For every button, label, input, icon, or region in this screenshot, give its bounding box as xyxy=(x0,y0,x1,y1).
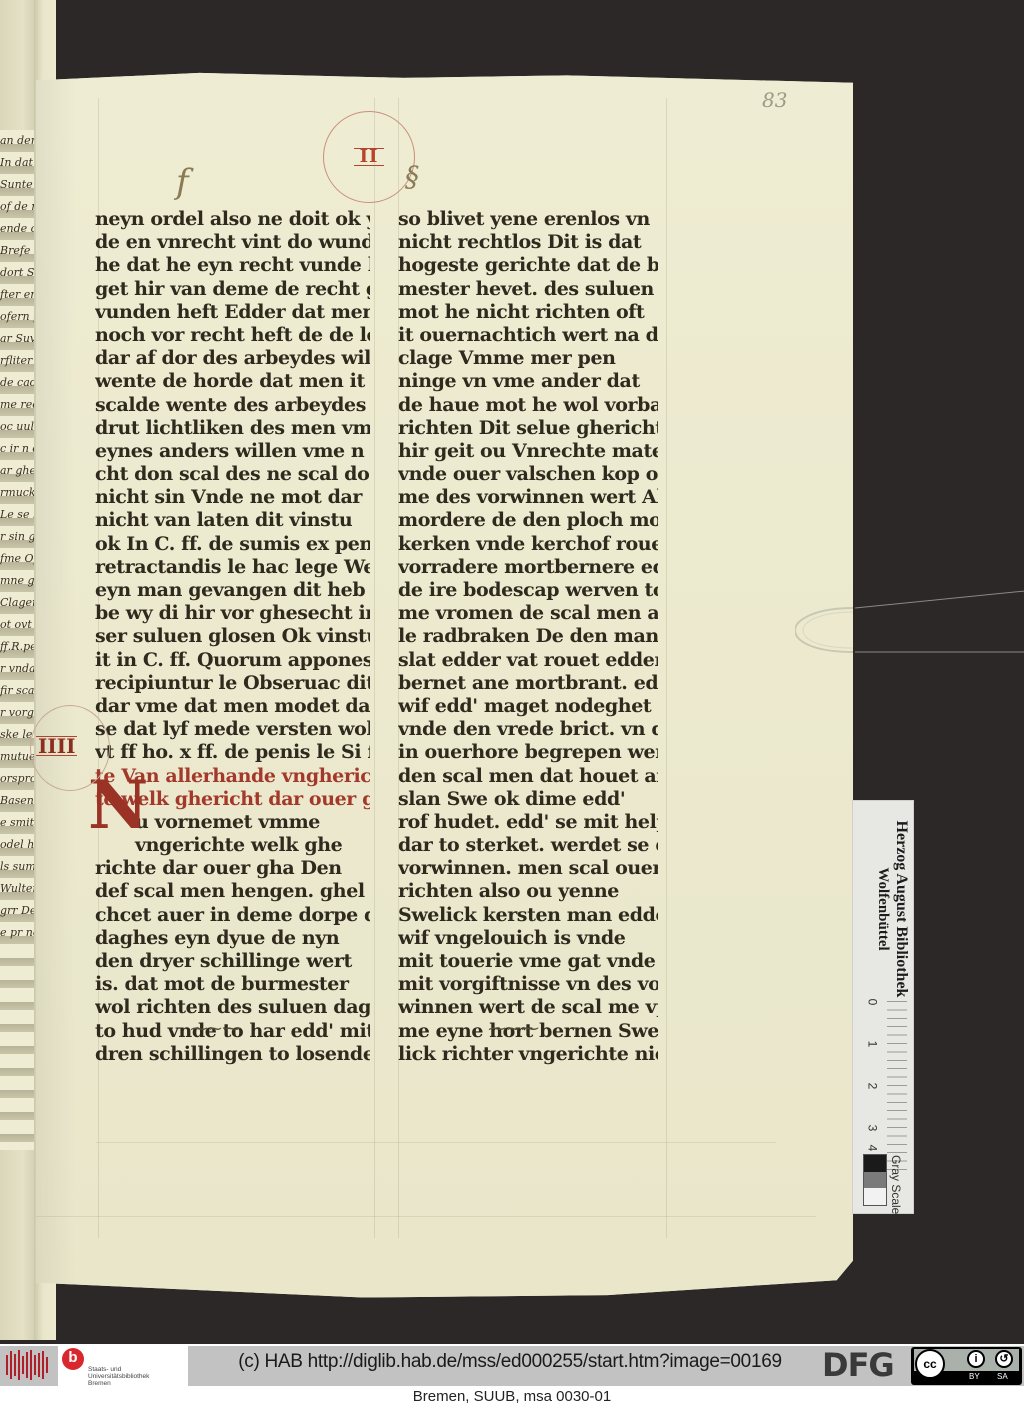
scale-label: 1 xyxy=(865,1041,879,1048)
library-name-line1: Staats- und xyxy=(88,1366,149,1373)
verso-text-fragments: an den niIn dat fiSunte Gof de risende o… xyxy=(0,130,34,944)
verso-line: e pr ne xyxy=(0,922,34,944)
manuscript-line: bernet ane mortbrant. edd' xyxy=(398,672,658,695)
verso-line: ofern gh xyxy=(0,306,34,328)
color-reference-ruler: Herzog August Bibliothek Wolfenbüttel 0 … xyxy=(852,800,914,1214)
grayscale-label: Gray Scale xyxy=(889,1155,903,1214)
attribution-by-icon: i xyxy=(967,1350,985,1368)
verso-line: Brefe Svn xyxy=(0,240,34,262)
manuscript-line: ok In C. ff. de sumis ex pendis xyxy=(95,533,370,556)
decorated-initial: N xyxy=(88,775,148,835)
scale-label: 0 xyxy=(865,999,879,1006)
manuscript-line: be wy di hir vor ghesecht in dus xyxy=(95,602,370,625)
manuscript-line: eyn man gevangen dit heb xyxy=(95,579,370,602)
verso-line: odel ha xyxy=(0,834,34,856)
manuscript-line: vnde den vrede brict. vn de xyxy=(398,718,658,741)
dfg-logo[interactable]: DFG xyxy=(822,1349,894,1381)
manuscript-line: is. dat mot de burmester xyxy=(95,973,370,996)
ruler-ticks xyxy=(887,1001,907,1171)
manuscript-line: recipiuntur le Obseruac dit is xyxy=(95,672,370,695)
manuscript-line: scalde wente des arbeydes vor xyxy=(95,394,370,417)
ruler-institution-line2: Wolfenbüttel xyxy=(873,809,892,1009)
chapter-number: II xyxy=(354,148,385,166)
manuscript-line: wente de horde dat men it xyxy=(95,370,370,393)
scale-label: 2 xyxy=(865,1083,879,1090)
manuscript-line: it in C. ff. Quorum appones no xyxy=(95,649,370,672)
share-alike-icon: ↺ xyxy=(995,1350,1013,1368)
manuscript-image-viewer: an den niIn dat fiSunte Gof de risende o… xyxy=(0,0,1024,1344)
ruling-line xyxy=(374,98,375,1238)
verso-line: ske le of xyxy=(0,724,34,746)
manuscript-line: so blivet yene erenlos vn xyxy=(398,208,658,231)
manuscript-line: dar vme dat men modet dat xyxy=(95,695,370,718)
verso-line: of de ris xyxy=(0,196,34,218)
manuscript-line: hogeste gerichte dat de bur xyxy=(398,254,658,277)
manuscript-line: nicht rechtlos Dit is dat xyxy=(398,231,658,254)
verso-line: an den ni xyxy=(0,130,34,152)
manuscript-line: vunden heft Edder dat men it xyxy=(95,301,370,324)
manuscript-line: ser suluen glosen Ok vinstu xyxy=(95,625,370,648)
manuscript-line: mordere de den ploch molen xyxy=(398,509,658,532)
cc-license-badge[interactable]: cc i ↺ BY SA xyxy=(911,1347,1022,1385)
facing-verso-page: an den niIn dat fiSunte Gof de risende o… xyxy=(0,0,38,1340)
ruling-line xyxy=(36,1216,816,1217)
manuscript-line: neyn ordel also ne doit ok yene xyxy=(95,208,370,231)
signature-mark-right: § xyxy=(405,160,419,193)
scale-label: 4 xyxy=(865,1145,879,1152)
verso-line: de cadn xyxy=(0,372,34,394)
verso-line: c ir n dirde xyxy=(0,438,34,460)
verso-line: me rechte xyxy=(0,394,34,416)
verso-line: ende ofd xyxy=(0,218,34,240)
manuscript-line: dar af dor des arbeydes wille xyxy=(95,347,370,370)
manuscript-line: nicht van laten dit vinstu xyxy=(95,509,370,532)
swatch-white xyxy=(864,1188,886,1205)
manuscript-line: wif vngelouich is vnde xyxy=(398,927,658,950)
license-sa-label: SA xyxy=(997,1372,1008,1381)
manuscript-line: le radbraken De den man xyxy=(398,625,658,648)
manuscript-line: hir geit ou Vnrechte mate xyxy=(398,440,658,463)
flourish-left: ⁓~⁓ xyxy=(190,1018,241,1039)
manuscript-line: eynes anders willen vme n xyxy=(95,440,370,463)
copyright-link[interactable]: (c) HAB http://diglib.hab.de/mss/ed00025… xyxy=(190,1351,830,1373)
swatch-black xyxy=(864,1155,886,1172)
manuscript-line: vnde ouer valschen kop of xyxy=(398,463,658,486)
page-clip-icon xyxy=(795,590,1024,670)
manuscript-line: nicht sin Vnde ne mot dar xyxy=(95,486,370,509)
manuscript-line: rof hudet. edd' se mit helpe xyxy=(398,811,658,834)
manuscript-line: get hir van deme de recht ghe xyxy=(95,278,370,301)
flourish-right: ⁓~⁓ xyxy=(488,1018,539,1039)
verso-line: Wulter v xyxy=(0,878,34,900)
library-name-line2: Universitätsbibliothek xyxy=(88,1373,149,1380)
manuscript-line: vt ff ho. x ff. de penis le Si for xyxy=(95,741,370,764)
manuscript-line: cht don scal des ne scal doch xyxy=(95,463,370,486)
manuscript-line: de haue mot he wol vorbat xyxy=(398,394,658,417)
verso-line: r vorgeld xyxy=(0,702,34,724)
manuscript-line: winnen wert de scal me vp xyxy=(398,996,658,1019)
manuscript-line: me vromen de scal men al xyxy=(398,602,658,625)
manuscript-line: chcet auer in deme dorpe des xyxy=(95,904,370,927)
manuscript-line: clage Vmme mer pen xyxy=(398,347,658,370)
ruler-institution-line1: Herzog August Bibliothek xyxy=(892,809,911,1009)
suub-barcode-logo-icon xyxy=(6,1350,48,1380)
verso-line: Sunte G xyxy=(0,174,34,196)
manuscript-line: vorwinnen. men scal ouer se xyxy=(398,857,658,880)
ruling-line xyxy=(96,1142,776,1143)
manuscript-line: de ire bodescap werven to ore xyxy=(398,579,658,602)
verso-line: fme Ofo xyxy=(0,548,34,570)
manuscript-line: mit vorgiftnisse vn des vor xyxy=(398,973,658,996)
verso-line: rmuck zy xyxy=(0,482,34,504)
manuscript-line: richten Dit selue ghericht xyxy=(398,417,658,440)
manuscript-line: mit touerie vme gat vnde xyxy=(398,950,658,973)
verso-line: r vndat xyxy=(0,658,34,680)
verso-line: Clager S xyxy=(0,592,34,614)
manuscript-line: dar to sterket. werdet se des xyxy=(398,834,658,857)
verso-line: mutue Oo xyxy=(0,746,34,768)
manuscript-line: slan Swe ok dime edd' xyxy=(398,788,658,811)
manuscript-line: Swelick kersten man edder xyxy=(398,904,658,927)
signature-mark-left: f xyxy=(176,162,189,202)
manuscript-line: se dat lyf mede versten wolden xyxy=(95,718,370,741)
manuscript-line: daghes eyn dyue de nyn xyxy=(95,927,370,950)
manuscript-line: mester hevet. des suluen ne xyxy=(398,278,658,301)
manuscript-line: de en vnrecht vint do wunde xyxy=(95,231,370,254)
library-name-line3: Bremen xyxy=(88,1380,149,1387)
manuscript-line: mot he nicht richten oft xyxy=(398,301,658,324)
verso-line: grr Det xyxy=(0,900,34,922)
verso-line: dort Svn xyxy=(0,262,34,284)
verso-line: fir scal xyxy=(0,680,34,702)
cc-icon: cc xyxy=(915,1349,945,1379)
text-column-left: neyn ordel also ne doit ok yenede en vnr… xyxy=(95,208,370,1066)
manuscript-line: it ouernachtich wert na der xyxy=(398,324,658,347)
verso-line: rfliter s xyxy=(0,350,34,372)
chapter-marker: II xyxy=(323,111,415,203)
suub-b-logo-icon: b xyxy=(62,1348,84,1370)
manuscript-line: richte dar ouer gha Den xyxy=(95,857,370,880)
manuscript-line: kerken vnde kerchof rouet xyxy=(398,533,658,556)
manuscript-line: richten also ou yenne xyxy=(398,880,658,903)
verso-line: ls sum xyxy=(0,856,34,878)
margin-chapter-number: IIII xyxy=(36,736,77,756)
verso-line: oc uul Se xyxy=(0,416,34,438)
verso-line: Basen hr xyxy=(0,790,34,812)
manuscript-line: dren schillingen to losende xyxy=(95,1043,370,1066)
shelfmark: Bremen, SUUB, msa 0030-01 xyxy=(0,1388,1024,1405)
grayscale-swatches xyxy=(863,1154,887,1206)
manuscript-line: ninge vn vme ander dat xyxy=(398,370,658,393)
swatch-gray xyxy=(864,1172,886,1189)
manuscript-line: drut lichtliken des men vmme xyxy=(95,417,370,440)
verso-line: Le se ho xyxy=(0,504,34,526)
manuscript-line: den dryer schillinge wert xyxy=(95,950,370,973)
library-name: Staats- und Universitätsbibliothek Breme… xyxy=(88,1366,149,1387)
verso-line: ar ghenc xyxy=(0,460,34,482)
verso-line: orsprcn xyxy=(0,768,34,790)
verso-line: mne glde xyxy=(0,570,34,592)
text-column-right: so blivet yene erenlos vnnicht rechtlos … xyxy=(398,208,658,1066)
manuscript-line: den scal men dat houet af xyxy=(398,765,658,788)
folio-number: 83 xyxy=(762,88,787,112)
verso-line: e smitt d xyxy=(0,812,34,834)
license-by-label: BY xyxy=(969,1372,980,1381)
ruling-line xyxy=(666,98,667,1238)
scale-label: 3 xyxy=(865,1125,879,1132)
manuscript-line: def scal men hengen. ghel xyxy=(95,880,370,903)
manuscript-line: noch vor recht heft de de let xyxy=(95,324,370,347)
verso-line: fter en w xyxy=(0,284,34,306)
manuscript-line: wif edd' maget nodeghet xyxy=(398,695,658,718)
manuscript-line: me des vorwinnen wert Also xyxy=(398,486,658,509)
verso-line: ff.R.pen xyxy=(0,636,34,658)
verso-line: ot ovt n xyxy=(0,614,34,636)
manuscript-line: slat edder vat rouet edder xyxy=(398,649,658,672)
verso-line: r sin ghe xyxy=(0,526,34,548)
manuscript-line: in ouerhore begrepen wert xyxy=(398,741,658,764)
manuscript-line: vorradere mortbernere edder xyxy=(398,556,658,579)
verso-line: In dat fi xyxy=(0,152,34,174)
manuscript-line: wol richten des suluen dages xyxy=(95,996,370,1019)
manuscript-line: he dat he eyn recht vunde he se xyxy=(95,254,370,277)
manuscript-line: lick richter vngerichte nicht xyxy=(398,1043,658,1066)
verso-line: ar Suver xyxy=(0,328,34,350)
manuscript-line: retractandis le hac lege Wert xyxy=(95,556,370,579)
